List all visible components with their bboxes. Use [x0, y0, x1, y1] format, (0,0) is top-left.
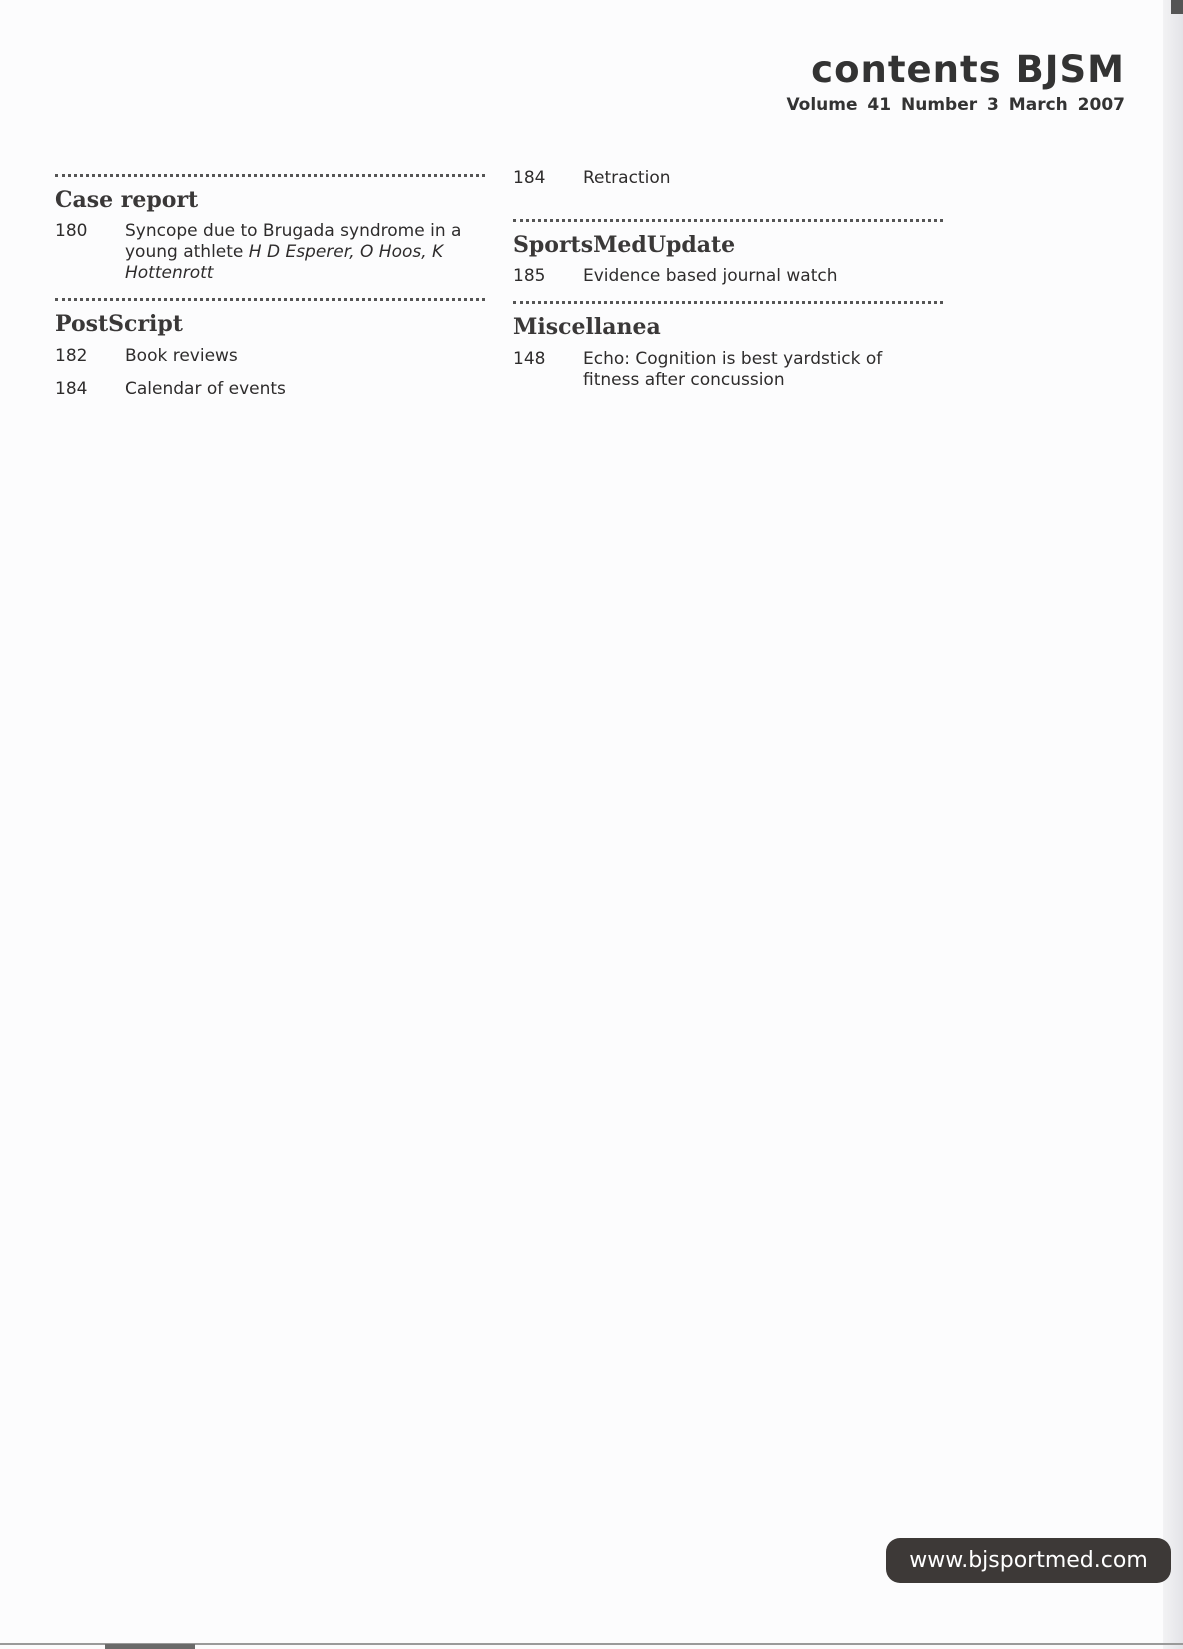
- toc-entry[interactable]: 148 Echo: Cognition is best yardstick of…: [513, 349, 943, 391]
- section-title: PostScript: [55, 311, 485, 337]
- page-edge: [1163, 0, 1183, 1649]
- section-title: Miscellanea: [513, 314, 943, 340]
- page-number: 184: [55, 379, 125, 400]
- dotted-divider: [513, 301, 943, 304]
- section-title: Case report: [55, 187, 485, 213]
- toc-entry[interactable]: 184 Retraction: [513, 168, 943, 189]
- page-number: 148: [513, 349, 583, 391]
- page-number: 182: [55, 346, 125, 367]
- right-column: 184 Retraction SportsMedUpdate 185 Evide…: [513, 168, 943, 405]
- page-number: 185: [513, 266, 583, 287]
- entry-title: Retraction: [583, 168, 943, 189]
- section-postscript: PostScript 182 Book reviews 184 Calendar…: [55, 311, 485, 399]
- entry-title: Evidence based journal watch: [583, 266, 943, 287]
- section-case-report: Case report 180 Syncope due to Brugada s…: [55, 187, 485, 284]
- entry-title: Book reviews: [125, 346, 485, 367]
- issue-info: Volume 41 Number 3 March 2007: [786, 95, 1125, 115]
- section-sportsmedupdate: SportsMedUpdate 185 Evidence based journ…: [513, 232, 943, 287]
- section-title: SportsMedUpdate: [513, 232, 943, 258]
- left-column: Case report 180 Syncope due to Brugada s…: [55, 174, 485, 414]
- section-miscellanea: Miscellanea 148 Echo: Cognition is best …: [513, 314, 943, 390]
- dotted-divider: [55, 174, 485, 177]
- page-number: 184: [513, 168, 583, 189]
- toc-entry[interactable]: 184 Calendar of events: [55, 379, 485, 400]
- journal-title: contents BJSM: [786, 50, 1125, 91]
- entry-title: Calendar of events: [125, 379, 485, 400]
- entry-title: Echo: Cognition is best yardstick of fit…: [583, 349, 943, 391]
- masthead: contents BJSM Volume 41 Number 3 March 2…: [786, 50, 1125, 115]
- dotted-divider: [513, 219, 943, 222]
- toc-entry[interactable]: 182 Book reviews: [55, 346, 485, 367]
- page-number: 180: [55, 221, 125, 284]
- toc-entry[interactable]: 180 Syncope due to Brugada syndrome in a…: [55, 221, 485, 284]
- toc-entry[interactable]: 185 Evidence based journal watch: [513, 266, 943, 287]
- website-url-badge[interactable]: www.bjsportmed.com: [886, 1538, 1171, 1583]
- dotted-divider: [55, 298, 485, 301]
- page-bottom-tab: [105, 1644, 195, 1649]
- page-corner: [1171, 0, 1183, 14]
- entry-text: Syncope due to Brugada syndrome in a you…: [125, 221, 485, 284]
